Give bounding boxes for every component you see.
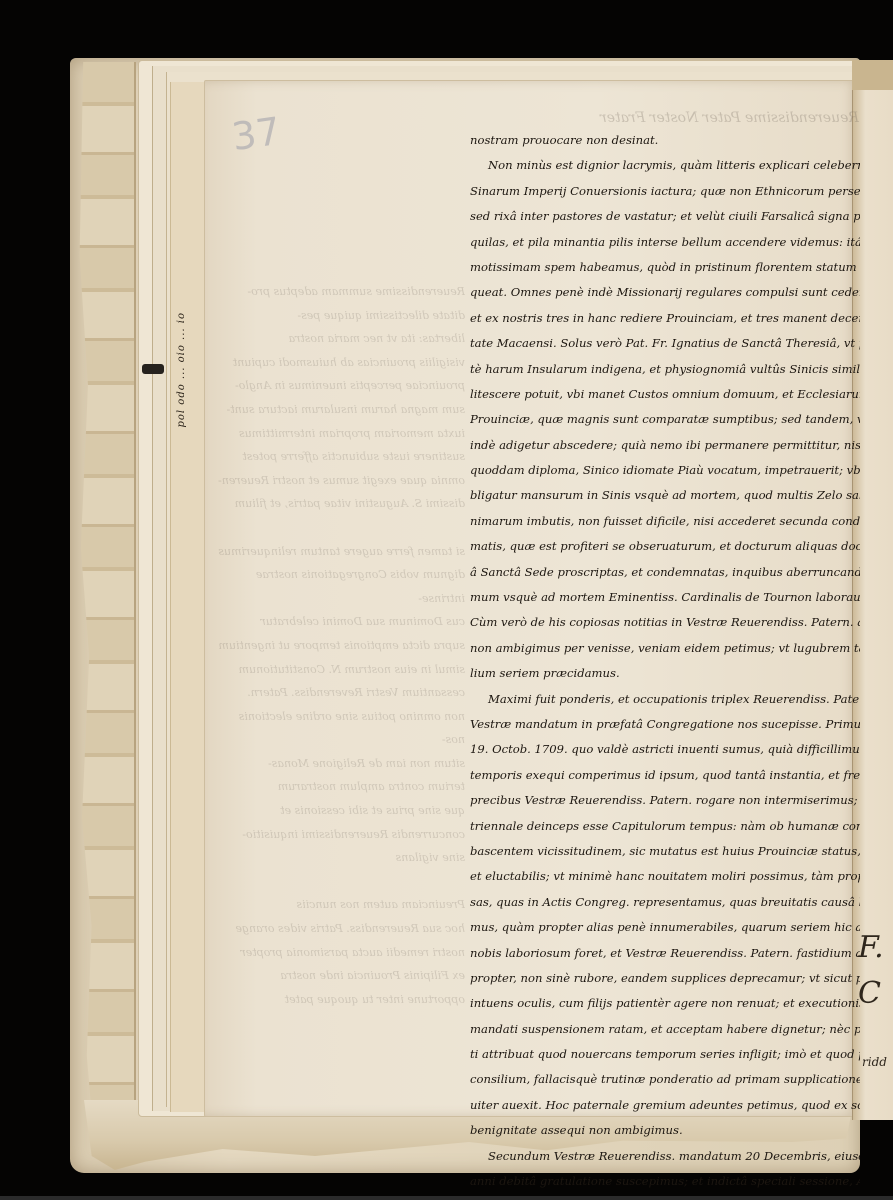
facing-page-scrawl-small: ridd xyxy=(862,1055,887,1069)
text-line: precibus Vestræ Reuerendiss. Patern. rog… xyxy=(470,788,860,813)
text-line: mus, quàm propter alias penè innumerabil… xyxy=(470,915,860,940)
text-line: bligatur mansurum in Sinis vsquè ad mort… xyxy=(470,483,860,508)
text-line: nimarum imbutis, non fuisset dificile, n… xyxy=(470,509,860,534)
text-line: Prouinciæ, quæ magnis sunt comparatæ sum… xyxy=(470,407,860,432)
manuscript-text-block: nostram prouocare non desinat. Non minùs… xyxy=(470,128,860,1194)
text-line: mum vsquè ad mortem Eminentiss. Cardinal… xyxy=(470,585,860,610)
paragraph-start-line: Secundum Vestræ Reuerendiss. mandatum 20… xyxy=(470,1144,860,1169)
text-line: litescere potuit, vbi manet Custos omniu… xyxy=(470,382,860,407)
folded-margin-strip xyxy=(170,82,206,1112)
text-line: anni debitâ gratulatione suscepimus; et … xyxy=(470,1169,860,1194)
text-line: â Sanctâ Sede proscriptas, et condemnata… xyxy=(470,560,860,585)
text-line: indè adigetur abscedere; quià nemo ibi p… xyxy=(470,433,860,458)
text-line: et eluctabilis; vt minimè hanc nouitatem… xyxy=(470,864,860,889)
text-line: mandati suspensionem ratam, et acceptam … xyxy=(470,1017,860,1042)
paragraph-start-line: Non minùs est dignior lacrymis, quàm lit… xyxy=(470,153,860,178)
text-line: et ex nostris tres in hanc rediere Proui… xyxy=(470,306,860,331)
text-line: Vestræ mandatum in præfatâ Congregatione… xyxy=(470,712,860,737)
text-line: Sinarum Imperij Conuersionis iactura; qu… xyxy=(470,179,860,204)
right-page-top-tab xyxy=(852,60,893,92)
text-line: queat. Omnes penè indè Missionarij regul… xyxy=(470,280,860,305)
text-line: non ambigimus per venisse, veniam eidem … xyxy=(470,636,860,661)
bleed-through-heading: Reuerendissime Pater Noster Frater xyxy=(600,110,859,126)
text-line: nobis laboriosum foret, et Vestræ Reuere… xyxy=(470,941,860,966)
bleed-through-text: Reuerendissime summam adeptus pro- ditat… xyxy=(215,280,465,1010)
text-line: bascentem vicissitudinem, sic mutatus es… xyxy=(470,839,860,864)
text-line: triennale deinceps esse Capitulorum temp… xyxy=(470,814,860,839)
text-line: intuens oculis, cum filijs patientèr age… xyxy=(470,991,860,1016)
ink-blot-mark xyxy=(142,364,164,374)
text-line: Cùm verò de his copiosas notitias in Ves… xyxy=(470,610,860,635)
text-line: ti attribuat quod nouercans temporum ser… xyxy=(470,1042,860,1067)
text-line: motissimam spem habeamus, quòd in pristi… xyxy=(470,255,860,280)
text-line: propter, non sinè rubore, eandem supplic… xyxy=(470,966,860,991)
text-line: quilas, et pila minantia pilis interse b… xyxy=(470,230,860,255)
text-line: matis, quæ est profiteri se obseruaturum… xyxy=(470,534,860,559)
text-line: nostram prouocare non desinat. xyxy=(470,128,860,153)
text-line: tè harum Insularum indigena, et physiogn… xyxy=(470,357,860,382)
pencil-folio-number: 37 xyxy=(229,109,283,159)
text-line: uiter auexit. Hoc paternale gremium adeu… xyxy=(470,1093,860,1118)
text-line: benignitate assequi non ambigimus. xyxy=(470,1118,860,1143)
text-line: sas, quas in Actis Congreg. representamu… xyxy=(470,890,860,915)
text-line: quoddam diploma, Sinico idiomate Piaù vo… xyxy=(470,458,860,483)
text-line: consilium, fallacisquè trutinæ ponderati… xyxy=(470,1067,860,1092)
text-line: lium seriem præcidamus. xyxy=(470,661,860,686)
text-line: 19. Octob. 1709. quo valdè astricti inue… xyxy=(470,737,860,762)
paragraph-start-line: Maximi fuit ponderis, et occupationis tr… xyxy=(470,687,860,712)
text-line: sed rixâ inter pastores de vastatur; et … xyxy=(470,204,860,229)
image-bottom-border xyxy=(0,1196,893,1200)
facing-page-scrawl: F. C xyxy=(858,925,893,1017)
text-line: temporis exequi comperimus id ipsum, quo… xyxy=(470,763,860,788)
margin-note: pol odo ... oio ... io xyxy=(176,312,202,428)
text-line: tate Macaensi. Solus verò Pat. Fr. Ignat… xyxy=(470,331,860,356)
